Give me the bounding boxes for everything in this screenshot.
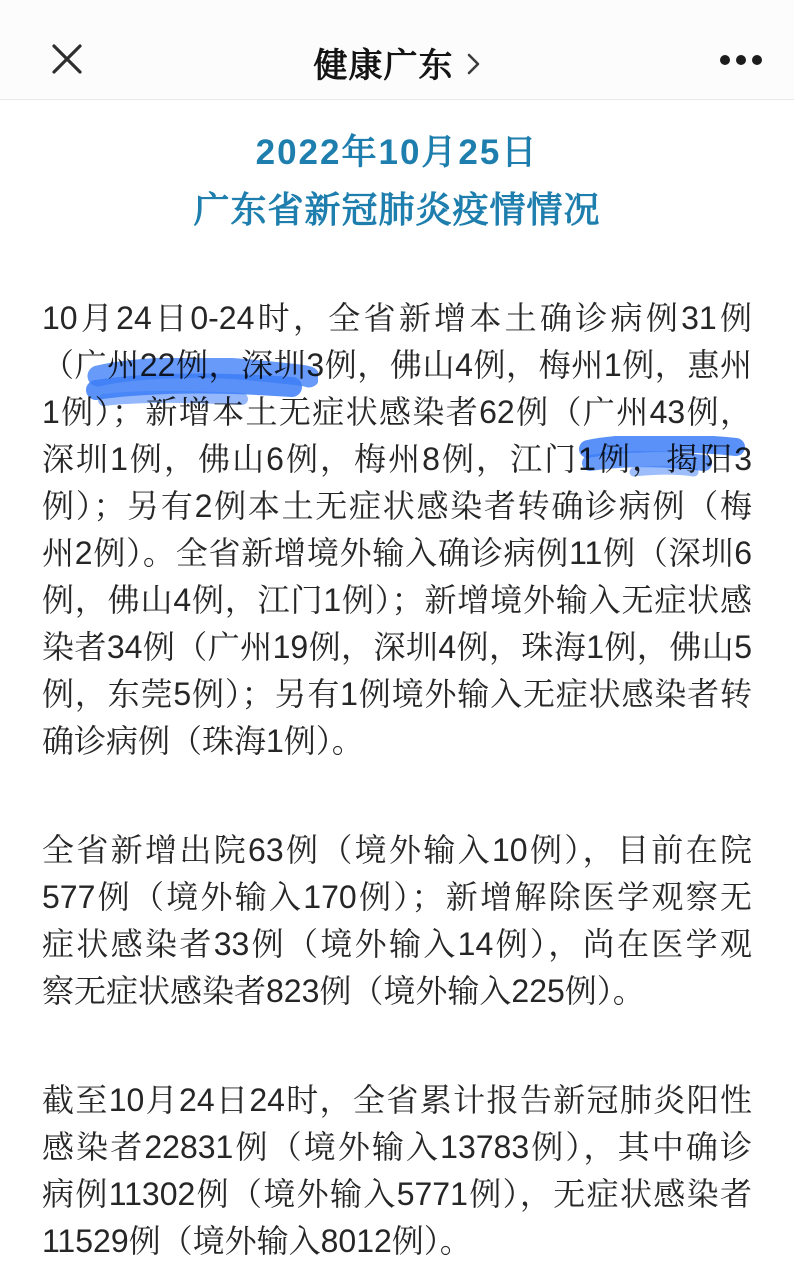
article-line: 深圳1例，佛山6例，梅州8例，江门1例，揭阳3 — [42, 436, 752, 483]
article-line: 染者34例（广州19例，深圳4例，珠海1例，佛山5 — [42, 624, 752, 671]
article-line: 病例11302例（境外输入5771例），无症状感染者 — [42, 1171, 752, 1218]
article-line: 例，佛山4例，江门1例）；新增境外输入无症状感 — [42, 577, 752, 624]
account-name: 健康广东 — [314, 38, 454, 87]
paragraph-discharges: 全省新增出院63例（境外输入10例），目前在院 577例（境外输入170例）；新… — [42, 827, 752, 1015]
more-options-icon — [752, 55, 762, 65]
article-line: （广州22例，深圳3例，佛山4例，梅州1例，惠州 — [42, 342, 752, 389]
paragraph-cumulative-totals: 截至10月24日24时，全省累计报告新冠肺炎阳性 感染者22831例（境外输入1… — [42, 1077, 752, 1265]
article-line: 症状感染者33例（境外输入14例），尚在医学观 — [42, 921, 752, 968]
more-options-icon — [736, 55, 746, 65]
article-line: 截至10月24日24时，全省累计报告新冠肺炎阳性 — [42, 1077, 752, 1124]
article-line: 察无症状感染者823例（境外输入225例）。 — [42, 968, 752, 1015]
more-options-button[interactable] — [720, 55, 762, 65]
article-line: 州2例）。全省新增境外输入确诊病例11例（深圳6 — [42, 530, 752, 577]
article-line: 1例）；新增本土无症状感染者62例（广州43例， — [42, 389, 752, 436]
article-line: 例）；另有2例本土无症状感染者转确诊病例（梅 — [42, 483, 752, 530]
article-title-heading: 广东省新冠肺炎疫情情况 — [42, 187, 752, 233]
article-line: 全省新增出院63例（境外输入10例），目前在院 — [42, 827, 752, 874]
paragraph-new-cases: 10月24日0-24时，全省新增本土确诊病例31例 （广州22例，深圳3例，佛山… — [42, 295, 752, 765]
navbar: 健康广东 — [0, 0, 794, 100]
article-line: 感染者22831例（境外输入13783例），其中确诊 — [42, 1124, 752, 1171]
article-line: 577例（境外输入170例）；新增解除医学观察无 — [42, 874, 752, 921]
chevron-right-icon — [466, 50, 481, 78]
wechat-article-screen: { "theme": { "accent": "#1e7ead", "highl… — [0, 0, 794, 1280]
more-options-icon — [720, 55, 730, 65]
article-line: 10月24日0-24时，全省新增本土确诊病例31例 — [42, 295, 752, 342]
article-line: 确诊病例（珠海1例）。 — [42, 718, 752, 765]
article-line: 11529例（境外输入8012例）。 — [42, 1218, 752, 1265]
article-line: 例，东莞5例）；另有1例境外输入无症状感染者转 — [42, 671, 752, 718]
article-content: 2022年10月25日 广东省新冠肺炎疫情情况 10月24日0-24时，全省新增… — [0, 130, 794, 1265]
article-date-heading: 2022年10月25日 — [42, 130, 752, 176]
account-title-button[interactable]: 健康广东 — [0, 38, 794, 87]
